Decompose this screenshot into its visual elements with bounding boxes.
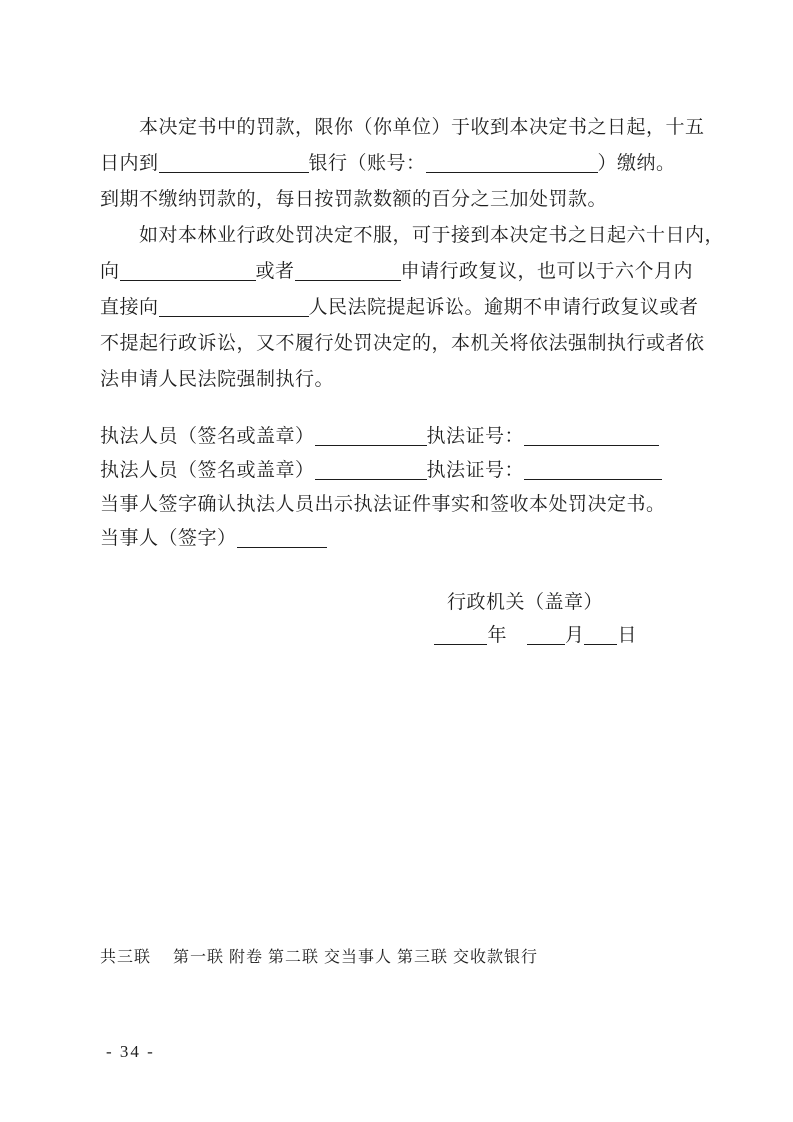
text-line: 法申请人民法院强制执行。	[100, 362, 694, 398]
document-page: 本决定书中的罚款，限你（你单位）于收到本决定书之日起，十五 日内到银行（账号：）…	[0, 0, 793, 1122]
officer-signature-row-1: 执法人员（签名或盖章）执法证号：	[100, 420, 694, 454]
text-segment: 或者	[256, 261, 295, 282]
agency-seal-label: 行政机关（盖章）	[447, 592, 603, 613]
blank-field-officer-cert-1	[524, 427, 659, 446]
blank-field-account-number	[426, 154, 598, 173]
blank-field-review-organ-2	[295, 262, 401, 281]
page-number: - 34 -	[106, 1042, 155, 1062]
officer-cert-label: 执法证号：	[427, 460, 525, 481]
text-segment: 不提起行政诉讼，又不履行处罚决定的，本机关将依法强制执行或者依	[100, 333, 705, 354]
footer-copies-note: 共三联 第一联 附卷 第二联 交当事人 第三联 交收款银行	[100, 944, 538, 967]
text-line: 不提起行政诉讼，又不履行处罚决定的，本机关将依法强制执行或者依	[100, 326, 694, 362]
text-line: 本决定书中的罚款，限你（你单位）于收到本决定书之日起，十五	[100, 110, 694, 146]
blank-field-officer-signature-2	[315, 461, 427, 480]
text-segment: 法申请人民法院强制执行。	[100, 369, 334, 390]
officer-signature-label: 执法人员（签名或盖章）	[100, 460, 315, 481]
text-segment: 日内到	[100, 153, 159, 174]
text-segment: 向	[100, 261, 120, 282]
blank-field-bank-name	[159, 154, 309, 173]
party-signature-row: 当事人（签字）	[100, 522, 694, 556]
text-segment: 本决定书中的罚款，限你（你单位）于收到本决定书之日起，十五	[139, 117, 705, 138]
text-line: 向或者申请行政复议，也可以于六个月内	[100, 254, 694, 290]
text-segment: ）缴纳。	[598, 153, 676, 174]
text-segment: 人民法院提起诉讼。逾期不申请行政复议或者	[309, 297, 699, 318]
text-segment: 如对本林业行政处罚决定不服，可于接到本决定书之日起六十日内，	[139, 225, 724, 246]
text-line: 直接向人民法院提起诉讼。逾期不申请行政复议或者	[100, 290, 694, 326]
text-line: 如对本林业行政处罚决定不服，可于接到本决定书之日起六十日内，	[100, 218, 694, 254]
officer-signature-row-2: 执法人员（签名或盖章）执法证号：	[100, 454, 694, 488]
month-label: 月	[565, 625, 585, 646]
officer-signature-label: 执法人员（签名或盖章）	[100, 426, 315, 447]
blank-field-court-name	[159, 298, 309, 317]
text-line: 到期不缴纳罚款的，每日按罚款数额的百分之三加处罚款。	[100, 182, 694, 218]
agency-date-line: 年月日	[100, 619, 694, 652]
text-segment: 申请行政复议，也可以于六个月内	[401, 261, 694, 282]
blank-field-year	[434, 626, 487, 645]
blank-field-officer-signature-1	[315, 427, 427, 446]
year-label: 年	[487, 625, 507, 646]
blank-field-month	[527, 626, 565, 645]
officer-cert-label: 执法证号：	[427, 426, 525, 447]
text-line: 日内到银行（账号：）缴纳。	[100, 146, 694, 182]
paragraph-payment: 本决定书中的罚款，限你（你单位）于收到本决定书之日起，十五 日内到银行（账号：）…	[100, 110, 694, 218]
text-segment: 到期不缴纳罚款的，每日按罚款数额的百分之三加处罚款。	[100, 189, 607, 210]
blank-field-party-signature	[237, 529, 327, 548]
paragraph-appeal: 如对本林业行政处罚决定不服，可于接到本决定书之日起六十日内， 向或者申请行政复议…	[100, 218, 694, 398]
day-label: 日	[617, 625, 637, 646]
blank-field-officer-cert-2	[524, 461, 662, 480]
text-segment: 直接向	[100, 297, 159, 318]
party-confirmation-line: 当事人签字确认执法人员出示执法证件事实和签收本处罚决定书。	[100, 488, 694, 522]
signature-block: 执法人员（签名或盖章）执法证号： 执法人员（签名或盖章）执法证号： 当事人签字确…	[100, 420, 694, 556]
blank-field-review-organ-1	[120, 262, 256, 281]
agency-date-block: 行政机关（盖章） 年月日	[100, 586, 694, 652]
agency-seal-line: 行政机关（盖章）	[100, 586, 694, 619]
document-body: 本决定书中的罚款，限你（你单位）于收到本决定书之日起，十五 日内到银行（账号：）…	[100, 110, 694, 652]
blank-field-day	[584, 626, 617, 645]
party-signature-label: 当事人（签字）	[100, 528, 237, 549]
text-segment: 当事人签字确认执法人员出示执法证件事实和签收本处罚决定书。	[100, 494, 666, 515]
text-segment: 银行（账号：	[309, 153, 426, 174]
